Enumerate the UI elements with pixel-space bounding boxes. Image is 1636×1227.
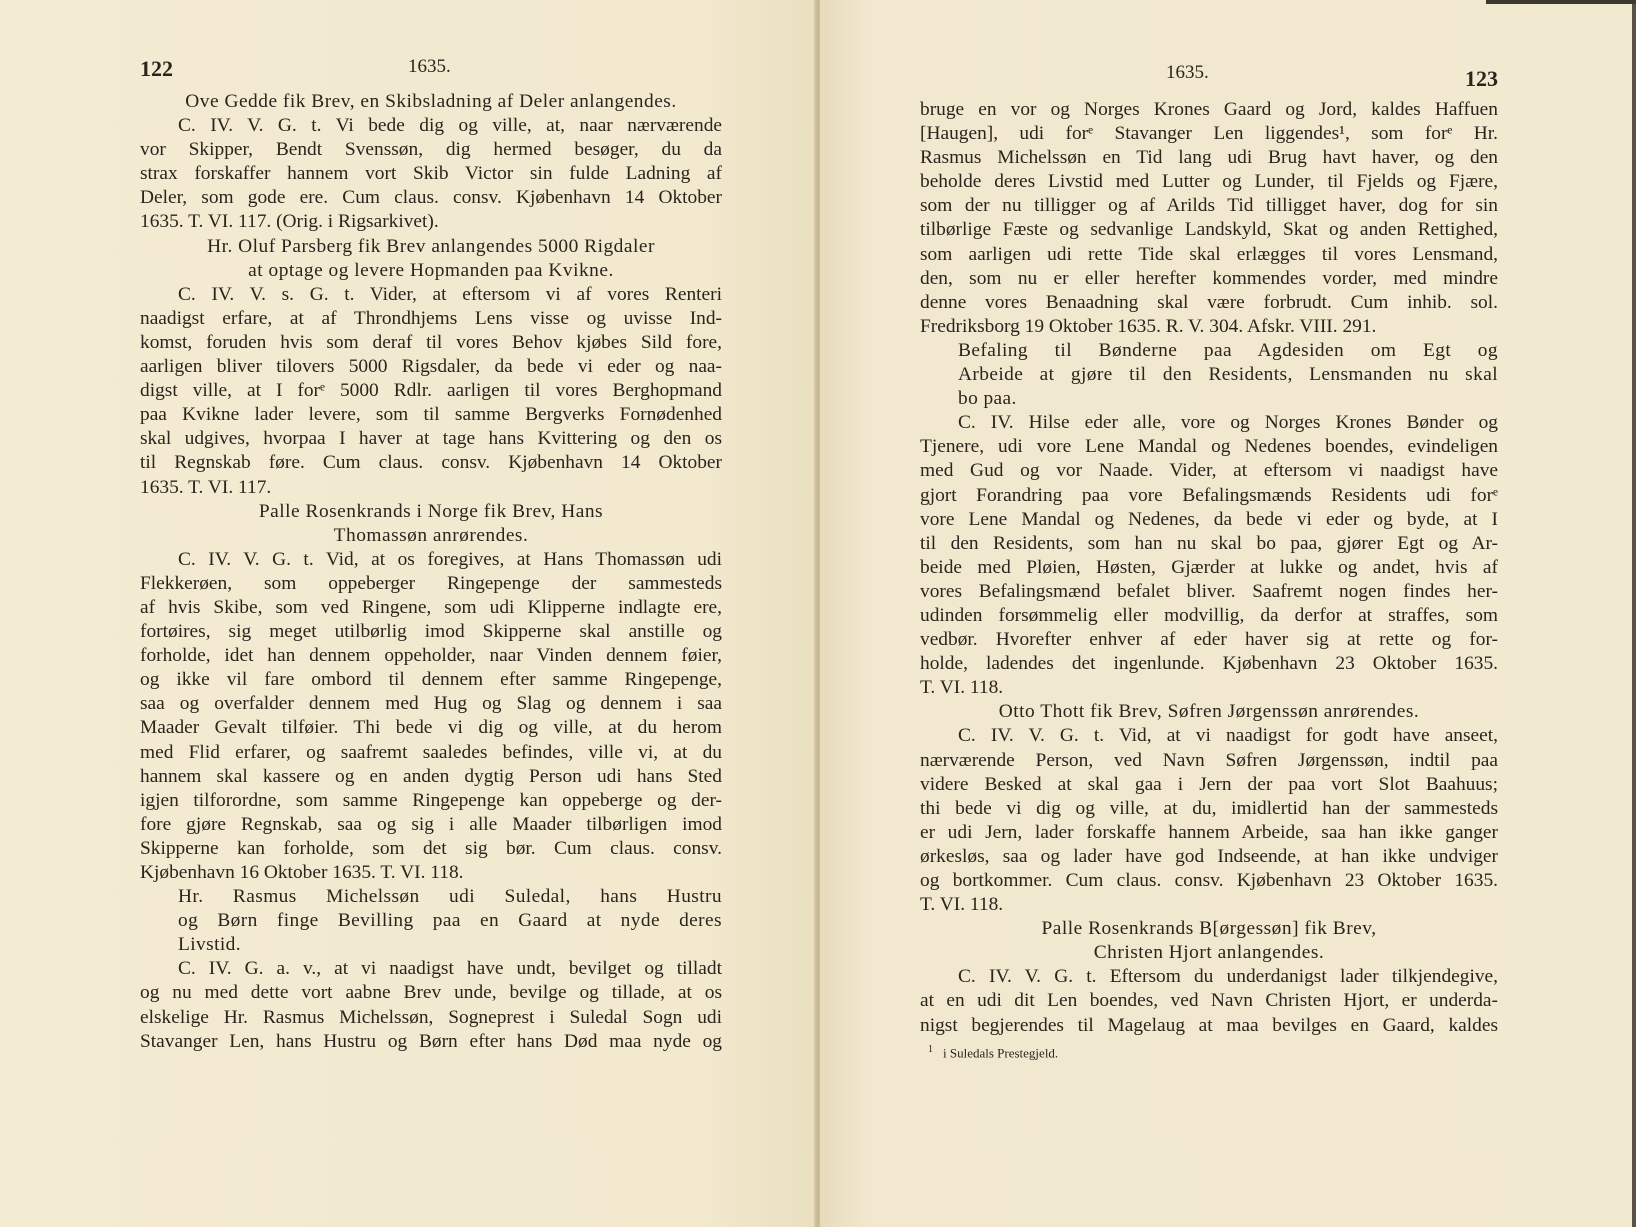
text-line: Deler, som gode ere. Cum claus. consv. K… [140, 186, 722, 210]
text-line: vores Befalingsmænd befalet bliver. Saaf… [920, 580, 1498, 604]
text-line: igjen tilforordne, som samme Ringepenge … [140, 789, 722, 813]
text-line: saa og overfalder dennem med Hug og Slag… [140, 692, 722, 716]
text-line: holde, ladendes det ingenlunde. Kjøbenha… [920, 652, 1498, 676]
text-line: aarligen bliver tilovers 5000 Rigsdaler,… [140, 355, 722, 379]
text-line: C. IV. V. G. t. Vid, at os foregives, at… [140, 548, 722, 572]
text-line: naadigst erfare, at af Throndhjems Lens … [140, 307, 722, 331]
text-line: Stavanger Len, hans Hustru og Børn efter… [140, 1030, 722, 1054]
text-line: denne vores Benaadning skal være forbrud… [920, 291, 1498, 315]
page-number: 123 [1465, 66, 1498, 92]
text-line: C. IV. V. G. t. Vi bede dig og ville, at… [140, 114, 722, 138]
text-line: thi bede vi dig og ville, at du, imidler… [920, 797, 1498, 821]
text-line: beide med Pløien, Høsten, Gjærder at luk… [920, 556, 1498, 580]
text-line: at en udi dit Len boendes, ved Navn Chri… [920, 989, 1498, 1013]
entry-heading-line: at optage og levere Hopmanden paa Kvikne… [140, 259, 722, 283]
footnote: 1i Suledals Prestegjeld. [920, 1044, 1498, 1061]
page-edge-shadow [1632, 0, 1636, 1227]
text-line: til den Residents, som han nu skal bo pa… [920, 532, 1498, 556]
text-line: Skipperne kan forholde, som det sig bør.… [140, 837, 722, 861]
text-line: og ikke vil fare ombord til dennem efter… [140, 668, 722, 692]
text-line: 1635. T. VI. 117. [140, 476, 722, 500]
running-head-year: 1635. [1166, 62, 1209, 84]
entry-heading-line: Christen Hjort anlangendes. [920, 941, 1498, 965]
left-page: 122 1635. Ove Gedde fik Brev, en Skibsla… [0, 0, 818, 1227]
scan-edge [1486, 0, 1636, 4]
text-line: nigst begjerendes til Magelaug at maa be… [920, 1014, 1498, 1038]
text-line: Flekkerøen, som oppeberger Ringepenge de… [140, 572, 722, 596]
book-spread: 122 1635. Ove Gedde fik Brev, en Skibsla… [0, 0, 1636, 1227]
entry-heading-line: Befaling til Bønderne paa Agdesiden om E… [920, 339, 1498, 363]
running-head: 122 1635. [140, 50, 722, 90]
text-line: tilbørlige Fæste og sedvanlige Landskyld… [920, 218, 1498, 242]
text-line: vore Lene Mandal og Nedenes, da bede vi … [920, 508, 1498, 532]
text-line: paa Kvikne lader levere, som til samme B… [140, 403, 722, 427]
page-number: 122 [140, 56, 173, 82]
text-line: og nu med dette vort aabne Brev unde, be… [140, 981, 722, 1005]
entry-heading-line: Livstid. [140, 933, 722, 957]
text-line: C. IV. V. G. t. Vid, at vi naadigst for … [920, 724, 1498, 748]
text-line: Kjøbenhavn 16 Oktober 1635. T. VI. 118. [140, 861, 722, 885]
text-line: hannem skal kassere og en anden dygtig P… [140, 765, 722, 789]
text-line: C. IV. G. a. v., at vi naadigst have und… [140, 957, 722, 981]
text-line: C. IV. Hilse eder alle, vore og Norges K… [920, 411, 1498, 435]
entry-heading-line: Palle Rosenkrands i Norge fik Brev, Hans [140, 500, 722, 524]
entry-heading-line: Hr. Rasmus Michelssøn udi Suledal, hans … [140, 885, 722, 909]
text-line: med Gud og vor Naade. Vider, at eftersom… [920, 459, 1498, 483]
text-line: ørkesløs, saa og lader have god Indseend… [920, 845, 1498, 869]
text-line: videre Besked at skal gaa i Jern der paa… [920, 773, 1498, 797]
text-line: nærværende Person, ved Navn Søfren Jørge… [920, 749, 1498, 773]
running-head-year: 1635. [408, 56, 451, 78]
text-line: er udi Jern, lader forskaffe hannem Arbe… [920, 821, 1498, 845]
text-line: forholde, idet han dennem oppeholder, na… [140, 644, 722, 668]
text-line: komst, foruden hvis som deraf til vores … [140, 331, 722, 355]
text-line: fortøires, sig meget utilbørlig imod Ski… [140, 620, 722, 644]
entry-heading-line: bo paa. [920, 387, 1498, 411]
text-line: Maader Gevalt tilføier. Thi bede vi dig … [140, 716, 722, 740]
entry-heading-line: og Børn finge Bevilling paa en Gaard at … [140, 909, 722, 933]
text-line: og bortkommer. Cum claus. consv. Kjøbenh… [920, 869, 1498, 893]
footnote-text: i Suledals Prestegjeld. [943, 1045, 1058, 1060]
text-line: den, som nu er eller herefter kommendes … [920, 267, 1498, 291]
text-line: vedbør. Hvorefter enhver af eder haver s… [920, 628, 1498, 652]
entry-heading-line: Ove Gedde fik Brev, en Skibsladning af D… [140, 90, 722, 114]
text-line: som der nu tilligger og af Arilds Tid ti… [920, 194, 1498, 218]
text-line: beholde deres Livstid med Lutter og Lund… [920, 170, 1498, 194]
left-body-text: Ove Gedde fik Brev, en Skibsladning af D… [140, 90, 722, 1054]
text-line: Tjenere, udi vore Lene Mandal og Nedenes… [920, 435, 1498, 459]
text-line: som aarligen udi rette Tide skal erlægge… [920, 243, 1498, 267]
text-line: strax forskaffer hannem vort Skib Victor… [140, 162, 722, 186]
text-line: Fredriksborg 19 Oktober 1635. R. V. 304.… [920, 315, 1498, 339]
entry-heading-line: Hr. Oluf Parsberg fik Brev anlangendes 5… [140, 235, 722, 259]
entry-heading-line: Thomassøn anrørendes. [140, 524, 722, 548]
text-line: T. VI. 118. [920, 676, 1498, 700]
left-text-column: 122 1635. Ove Gedde fik Brev, en Skibsla… [140, 50, 722, 1054]
right-page: 1635. 123 bruge en vor og Norges Krones … [820, 0, 1636, 1227]
text-line: digst ville, at I forᵉ 5000 Rdlr. aarlig… [140, 379, 722, 403]
text-line: skal udgives, hvorpaa I haver at tage ha… [140, 427, 722, 451]
entry-heading-line: Otto Thott fik Brev, Søfren Jørgenssøn a… [920, 700, 1498, 724]
text-line: vor Skipper, Bendt Svenssøn, dig hermed … [140, 138, 722, 162]
footnote-mark: 1 [928, 1044, 933, 1055]
text-line: udinden forsømmelig eller modvillig, da … [920, 604, 1498, 628]
text-line: gjort Forandring paa vore Befalingsmænds… [920, 484, 1498, 508]
text-line: fore gjøre Regnskab, saa og sig i alle M… [140, 813, 722, 837]
text-line: C. IV. V. s. G. t. Vider, at eftersom vi… [140, 283, 722, 307]
text-line: til Regnskab føre. Cum claus. consv. Kjø… [140, 451, 722, 475]
running-head: 1635. 123 [920, 58, 1498, 98]
entry-heading-line: Arbeide at gjøre til den Residents, Lens… [920, 363, 1498, 387]
right-body-text: bruge en vor og Norges Krones Gaard og J… [920, 98, 1498, 1038]
text-line: med Flid erfarer, og saafremt saaledes b… [140, 741, 722, 765]
right-text-column: 1635. 123 bruge en vor og Norges Krones … [920, 58, 1498, 1061]
text-line: [Haugen], udi forᵉ Stavanger Len liggend… [920, 122, 1498, 146]
entry-heading-line: Palle Rosenkrands B[ørgessøn] fik Brev, [920, 917, 1498, 941]
text-line: bruge en vor og Norges Krones Gaard og J… [920, 98, 1498, 122]
text-line: af hvis Skibe, som ved Ringene, som udi … [140, 596, 722, 620]
text-line: C. IV. V. G. t. Eftersom du underdanigst… [920, 965, 1498, 989]
text-line: 1635. T. VI. 117. (Orig. i Rigsarkivet). [140, 210, 722, 234]
text-line: Rasmus Michelssøn en Tid lang udi Brug h… [920, 146, 1498, 170]
text-line: T. VI. 118. [920, 893, 1498, 917]
text-line: elskelige Hr. Rasmus Michelssøn, Sognepr… [140, 1006, 722, 1030]
